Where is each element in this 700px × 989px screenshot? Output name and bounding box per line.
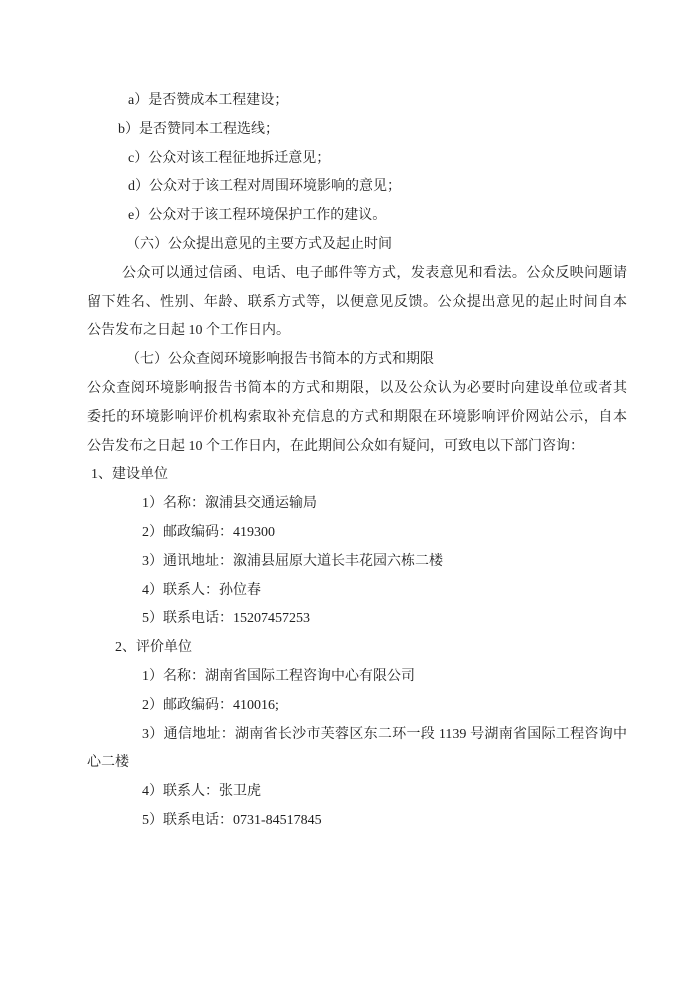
construction-unit-address-line: 3）通讯地址：溆浦县屈原大道长丰花园六栋二楼 <box>142 548 627 577</box>
evaluation-unit-postcode-line: 2）邮政编码：410016; <box>142 692 627 721</box>
section-six-paragraph-line-3: 公告发布之日起 10 个工作日内。 <box>87 317 627 346</box>
option-d-line: d）公众对于该工程对周围环境影响的意见； <box>128 173 627 202</box>
construction-unit-name-line: 1）名称：溆浦县交通运输局 <box>142 490 627 519</box>
construction-unit-contact-line: 4）联系人：孙位春 <box>142 577 627 606</box>
document-page: a）是否赞成本工程建设； b）是否赞同本工程选线； c）公众对该工程征地拆迁意见… <box>0 0 700 989</box>
construction-unit-postcode-line: 2）邮政编码：419300 <box>142 519 627 548</box>
document-body: a）是否赞成本工程建设； b）是否赞同本工程选线； c）公众对该工程征地拆迁意见… <box>0 0 700 836</box>
option-b-line: b）是否赞同本工程选线； <box>118 116 627 145</box>
option-c-line: c）公众对该工程征地拆迁意见； <box>128 145 627 174</box>
construction-unit-phone-line: 5）联系电话：15207457253 <box>142 605 627 634</box>
evaluation-unit-address-line-1: 3）通信地址：湖南省长沙市芙蓉区东二环一段 1139 号湖南省国际工程咨询中 <box>142 721 627 750</box>
section-seven-paragraph-line-2: 委托的环境影响评价机构索取补充信息的方式和期限在环境影响评价网站公示，自本 <box>87 404 627 433</box>
construction-unit-heading: 1、建设单位 <box>91 461 627 490</box>
evaluation-unit-contact-line: 4）联系人：张卫虎 <box>142 778 627 807</box>
evaluation-unit-heading: 2、评价单位 <box>115 634 627 663</box>
evaluation-unit-name-line: 1）名称：湖南省国际工程咨询中心有限公司 <box>142 663 627 692</box>
evaluation-unit-phone-line: 5）联系电话：0731-84517845 <box>142 807 627 836</box>
option-e-line: e）公众对于该工程环境保护工作的建议。 <box>128 202 627 231</box>
section-seven-paragraph-line-1: 公众查阅环境影响报告书简本的方式和期限，以及公众认为必要时向建设单位或者其 <box>87 375 627 404</box>
section-seven-heading: （七）公众查阅环境影响报告书简本的方式和期限 <box>126 346 627 375</box>
evaluation-unit-address-line-2: 心二楼 <box>87 749 627 778</box>
section-six-paragraph-line-1: 公众可以通过信函、电话、电子邮件等方式，发表意见和看法。公众反映问题请 <box>122 260 627 289</box>
section-six-heading: （六）公众提出意见的主要方式及起止时间 <box>126 231 627 260</box>
section-six-paragraph-line-2: 留下姓名、性别、年龄、联系方式等，以便意见反馈。公众提出意见的起止时间自本 <box>87 289 627 318</box>
section-seven-paragraph-line-3: 公告发布之日起 10 个工作日内，在此期间公众如有疑问，可致电以下部门咨询： <box>87 433 627 462</box>
option-a-line: a）是否赞成本工程建设； <box>128 87 627 116</box>
